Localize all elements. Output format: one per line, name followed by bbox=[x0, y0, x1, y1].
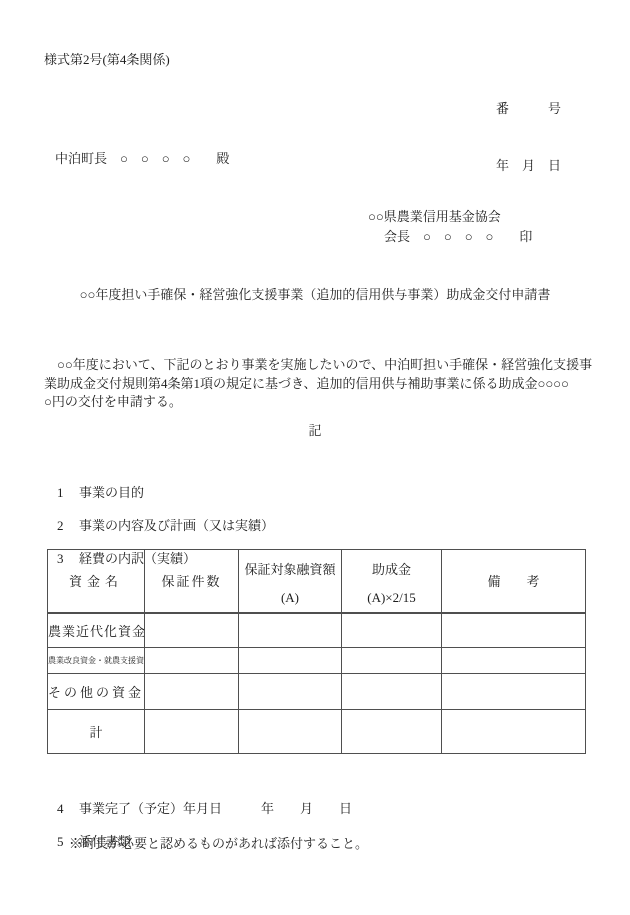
empty-cell bbox=[239, 648, 342, 674]
fund-name-cell: 農業近代化資金 bbox=[48, 613, 145, 648]
empty-cell bbox=[442, 710, 586, 754]
header-guarantee-count: 保証件数 bbox=[145, 550, 239, 613]
empty-cell bbox=[342, 613, 442, 648]
row-agriculture-modernization-fund: 農業近代化資金 bbox=[48, 613, 586, 648]
sender-organization: ○○県農業信用基金協会 bbox=[368, 206, 501, 225]
fund-name-cell: その他の資金 bbox=[48, 674, 145, 710]
item-label: 事業の内容及び計画（又は実績） bbox=[79, 518, 274, 533]
empty-cell bbox=[145, 648, 239, 674]
header-remarks: 備 考 bbox=[442, 550, 586, 613]
document-number-line: 番 号 bbox=[496, 99, 561, 118]
item-label: 事業完了（予定）年月日 年 月 日 bbox=[79, 801, 352, 816]
row-total: 計 bbox=[48, 710, 586, 754]
empty-cell bbox=[239, 613, 342, 648]
empty-cell bbox=[442, 674, 586, 710]
statement-line: ○円の交付を申請する。 bbox=[44, 393, 574, 412]
application-statement: ○○年度において、下記のとおり事業を実施したいので、中泊町担い手確保・経営強化支… bbox=[44, 356, 574, 412]
expense-breakdown-table: 資金名 保証件数 保証対象融資額 (A) 助成金 (A)×2/15 備 考 農業… bbox=[47, 549, 586, 754]
empty-cell bbox=[342, 710, 442, 754]
header-guaranteed-loan-amount: 保証対象融資額 (A) bbox=[239, 550, 342, 613]
empty-cell bbox=[145, 710, 239, 754]
form-number: 様式第2号(第4条関係) bbox=[44, 49, 170, 68]
item-label: 事業の目的 bbox=[79, 485, 144, 500]
document-title: ○○年度担い手確保・経営強化支援事業（追加的信用供与事業）助成金交付申請書 bbox=[0, 284, 630, 303]
empty-cell bbox=[239, 710, 342, 754]
table-header-row: 資金名 保証件数 保証対象融資額 (A) 助成金 (A)×2/15 備 考 bbox=[48, 550, 586, 613]
empty-cell bbox=[342, 674, 442, 710]
statement-line: ○○年度において、下記のとおり事業を実施したいので、中泊町担い手確保・経営強化支… bbox=[44, 356, 574, 375]
empty-cell bbox=[239, 674, 342, 710]
letterhead-number-block: 番 号 年 月 日 bbox=[496, 61, 561, 213]
empty-cell bbox=[145, 613, 239, 648]
addressee-line: 中泊町長 ○ ○ ○ ○ 殿 bbox=[55, 148, 229, 167]
empty-cell bbox=[145, 674, 239, 710]
fund-name-cell: 計 bbox=[48, 710, 145, 754]
empty-cell bbox=[442, 648, 586, 674]
empty-cell bbox=[342, 648, 442, 674]
date-line: 年 月 日 bbox=[496, 156, 561, 175]
fund-name-cell: 農業改良資金・就農支援資金 bbox=[48, 648, 145, 674]
record-marker: 記 bbox=[0, 420, 630, 439]
header-subsidy: 助成金 (A)×2/15 bbox=[342, 550, 442, 613]
document-page: 様式第2号(第4条関係) 番 号 年 月 日 中泊町長 ○ ○ ○ ○ 殿 ○○… bbox=[0, 0, 630, 915]
attachment-note: ※町長が必要と認めるものがあれば添付すること。 bbox=[69, 833, 368, 852]
header-fund-name: 資金名 bbox=[48, 550, 145, 613]
empty-cell bbox=[442, 613, 586, 648]
row-agriculture-improvement-fund: 農業改良資金・就農支援資金 bbox=[48, 648, 586, 674]
statement-line: 業助成金交付規則第4条第1項の規定に基づき、追加的信用供与補助事業に係る助成金○… bbox=[44, 375, 574, 394]
row-other-funds: その他の資金 bbox=[48, 674, 586, 710]
sender-president-line: 会長 ○ ○ ○ ○ 印 bbox=[384, 226, 532, 245]
